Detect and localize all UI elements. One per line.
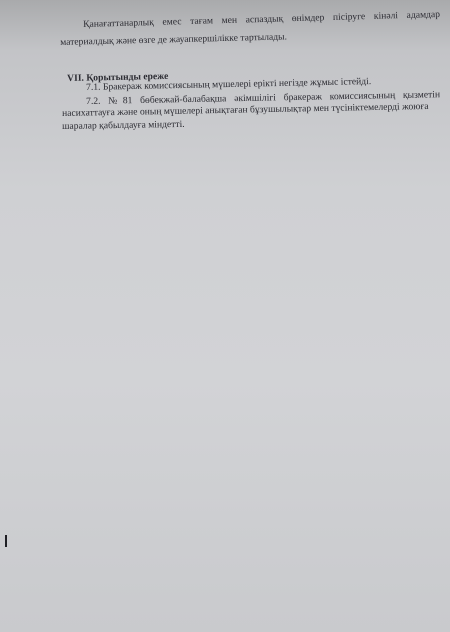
margin-mark (5, 535, 7, 547)
paragraph-1-line-1: Қанағаттанарлық емес тағам мен аспаздық … (83, 9, 440, 31)
item-7-2-line-3: шаралар қабылдауға міндетті. (62, 119, 185, 133)
document-page: Қанағаттанарлық емес тағам мен аспаздық … (0, 0, 450, 632)
paragraph-1-line-2: материалдық және өзге де жауапкершілікке… (60, 31, 287, 49)
